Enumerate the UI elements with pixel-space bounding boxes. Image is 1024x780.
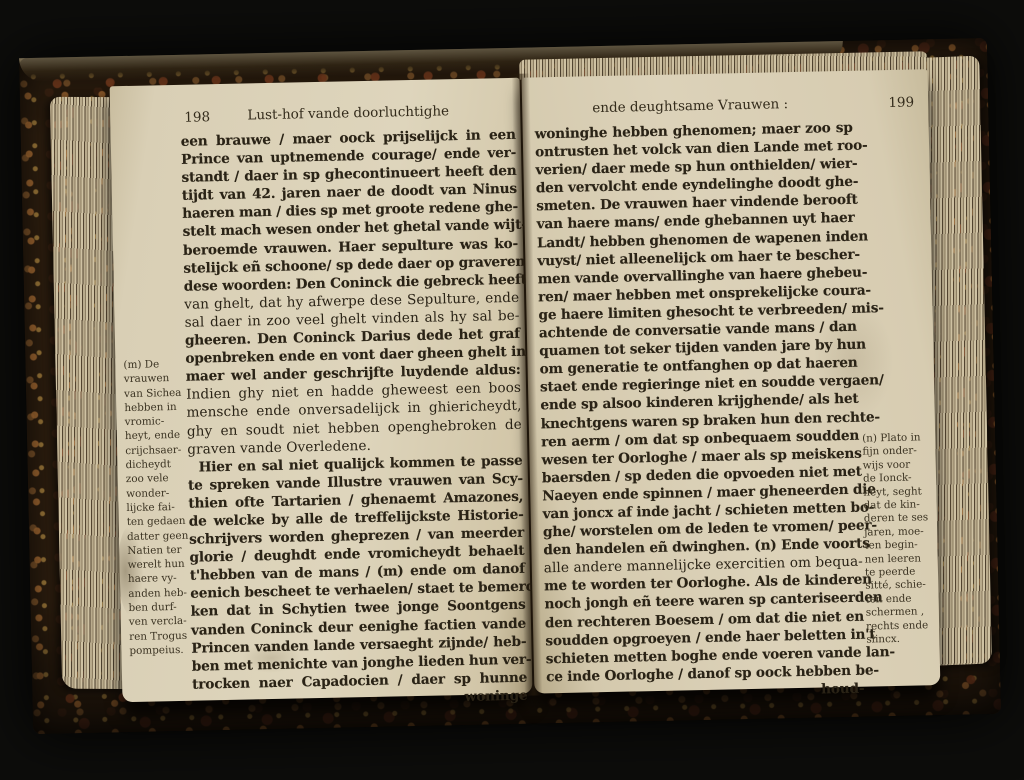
left-page: 198 Lust-hof vande doorluchtighe een bra… xyxy=(110,78,533,702)
text-line: ven vercla- xyxy=(129,614,189,630)
photo-background: 198 Lust-hof vande doorluchtighe een bra… xyxy=(0,0,1024,780)
text-line: lijcke fai- xyxy=(126,500,186,516)
text-line: jaren, moe- xyxy=(864,525,932,540)
text-line: ten begin- xyxy=(864,538,932,553)
text-line: dicheydt xyxy=(125,457,185,473)
right-running-title: ende deughtsame Vrauwen : xyxy=(530,95,850,118)
text-line: pompeius. xyxy=(129,643,189,659)
text-line: haere vy- xyxy=(128,571,188,587)
left-body-text: een brauwe / maer oock prijselijck in ee… xyxy=(181,126,528,694)
text-line: wonder- xyxy=(126,485,186,501)
text-line: de Ionck- xyxy=(863,471,931,486)
text-line: van Sichea xyxy=(124,385,184,401)
text-line: crijchsaer- xyxy=(125,443,185,459)
text-line: ben durf- xyxy=(128,600,188,616)
text-line: nen leeren xyxy=(865,552,933,567)
right-page-header: ende deughtsame Vrauwen : 199 xyxy=(522,93,928,121)
text-line: vromic- xyxy=(125,414,185,430)
left-running-title: Lust-hof vande doorluchtighe xyxy=(180,102,516,125)
text-line: wijs voor xyxy=(863,458,931,473)
text-line: ren Trogus xyxy=(129,628,189,644)
text-line: rechts ende xyxy=(866,619,934,634)
right-page-number: 199 xyxy=(888,94,914,111)
text-line: heyt, ende xyxy=(125,428,185,444)
text-line: zoo vele xyxy=(126,471,186,487)
right-page: ende deughtsame Vrauwen : 199 woninghe h… xyxy=(522,69,941,693)
text-line: werelt hun xyxy=(128,557,188,573)
left-margin-note: (m) Devrauwenvan Sicheahebben invromic-h… xyxy=(123,357,189,658)
right-body-text: woninghe hebben ghenomen; maer zoo spont… xyxy=(535,119,865,686)
text-line: (n) Plato in xyxy=(862,431,930,446)
text-line: ten gedaen xyxy=(127,514,187,530)
text-line: deren te ses xyxy=(864,512,932,527)
text-line: anden heb- xyxy=(128,586,188,602)
text-line: sitté, schie- xyxy=(865,579,933,594)
open-book: 198 Lust-hof vande doorluchtighe een bra… xyxy=(19,38,1001,734)
text-line: schermen , xyxy=(866,605,934,620)
text-line: slincx. xyxy=(866,632,934,647)
right-margin-note: (n) Plato infijn onder-wijs voorde Ionck… xyxy=(862,431,934,647)
text-line: vrauwen xyxy=(124,371,184,387)
text-line: heyt, seght xyxy=(863,485,931,500)
text-line: Natien ter xyxy=(127,543,187,559)
text-line: datter geen xyxy=(127,528,187,544)
text-line: hebben in xyxy=(124,400,184,416)
text-line: (m) De xyxy=(123,357,183,373)
